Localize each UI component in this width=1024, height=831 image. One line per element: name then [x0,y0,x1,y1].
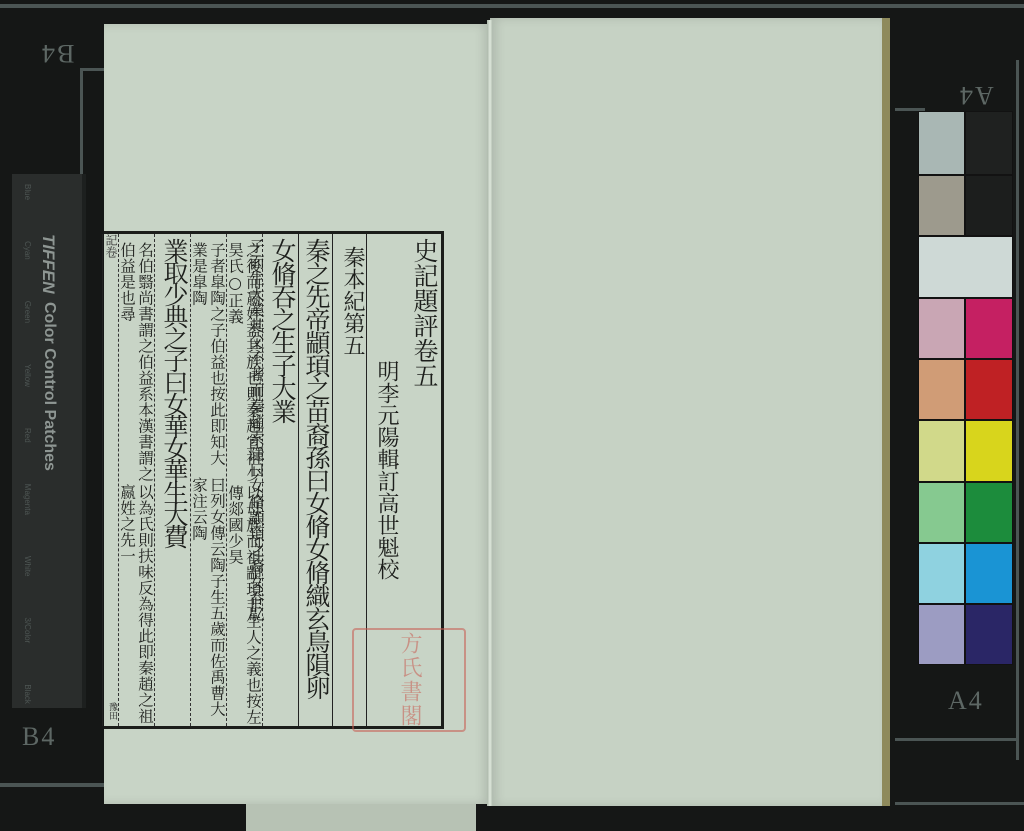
color-patch-light-pink [918,298,965,359]
banxin-strip: 記卷 [102,234,118,726]
banxin-top: 記卷 [104,234,118,258]
board-line-right-h-bottom [895,738,1019,741]
swatch-label: Magenta [23,484,32,515]
red-seal-stamp: 方氏書閣 [352,628,466,732]
swatch-label: Yellow [23,364,32,387]
board-line-left-h-bottom [0,783,104,787]
tiffen-brand: TIFFEN [38,234,58,294]
commentary-right: 曰列女傳云陶子生五歲而佐禹曹大家注云陶 [191,477,226,726]
swatch-label: Red [23,428,32,443]
commentary-column-3: 曰列女傳云陶子生五歲而佐禹曹大家注云陶 子者皐陶之子伯益也按此即知大業是皐陶 [190,234,226,726]
main-text-column-1: 秦之先帝顓頊之苗裔孫曰女脩女脩織玄鳥隕卵 [298,234,332,726]
color-patch-black [965,175,1013,236]
commentary-column-4: 以為氏則扶味反為得此即秦趙之祖嬴姓之先一 名伯翳尚書謂之伯益系本漢書謂之伯益是也… [118,234,154,726]
board-label-top-right: A4 [958,80,994,110]
commentary-right: 以為氏則扶味反為得此即秦趙之祖嬴姓之先一 [119,484,154,726]
right-page [490,18,890,806]
color-patch-green [965,482,1013,543]
main-text-column-2: 女脩吞之生子大業 索隱曰女脩顓頊之裔女吞鳦 子而生大業其父不著而秦趙 [262,234,298,726]
color-patch-red [965,359,1013,420]
color-patch-light-orange [918,359,965,420]
color-patch-light-cyan [918,543,965,604]
commentary-left: 子者皐陶之子伯益也按此即知大業是皐陶 [191,242,226,477]
color-patch-warm-gray [918,175,965,236]
color-patch-light-green [918,482,965,543]
commentary-right: 以母族而祖顓頊非生人之義也按左傳郯國少昊 [227,485,262,726]
board-label-bottom-right: A4 [948,686,984,716]
color-patch-light-violet [918,604,965,665]
board-label-top-left: B4 [40,38,74,68]
color-patch-magenta [965,298,1013,359]
publisher-mark: 豫田 [106,702,119,720]
color-patch-light-yellow [918,420,965,482]
main-text: 女脩吞之生子大業 [268,238,297,422]
tiffen-swatch-labels: Blue Cyan Green Yellow Red Magenta White… [23,184,32,704]
board-label-bottom-left: B4 [22,722,56,752]
swatch-label: Cyan [23,241,32,260]
board-line-top [0,4,1024,8]
commentary-column-2: 以母族而祖顓頊非生人之義也按左傳郯國少昊 之後而嬴姓葢其族也則秦趙宜祖少昊氏○正… [226,234,262,726]
color-patch-light-gray [918,111,965,175]
main-text: 業取少典之子曰女華女華生大費 [160,238,189,546]
main-text-column-3: 業取少典之子曰女華女華生大費 [154,234,190,726]
tiffen-title: Color Control Patches [40,302,58,471]
board-line-left-h-top [80,68,105,71]
swatch-label: Blue [23,184,32,200]
page-tab-strip [246,804,476,831]
color-patch-white [918,236,1013,298]
swatch-label: Green [23,301,32,323]
tiffen-color-strip: TIFFEN Color Control Patches Blue Cyan G… [12,174,86,708]
board-line-right-v [1016,60,1019,760]
color-patch-cyan [965,543,1013,604]
swatch-label: White [23,556,32,576]
commentary-left: 名伯翳尚書謂之伯益系本漢書謂之伯益是也尋 [119,242,154,484]
commentary-left: 之後而嬴姓葢其族也則秦趙宜祖少昊氏○正義 [227,242,262,485]
color-patch-yellow [965,420,1013,482]
book-gutter [487,20,493,806]
swatch-label: Black [23,684,32,704]
color-patch-dark-gray [965,111,1013,175]
color-patch-navy [965,604,1013,665]
swatch-label: 3/Color [23,618,32,644]
board-line-right-h-low [895,802,1024,805]
